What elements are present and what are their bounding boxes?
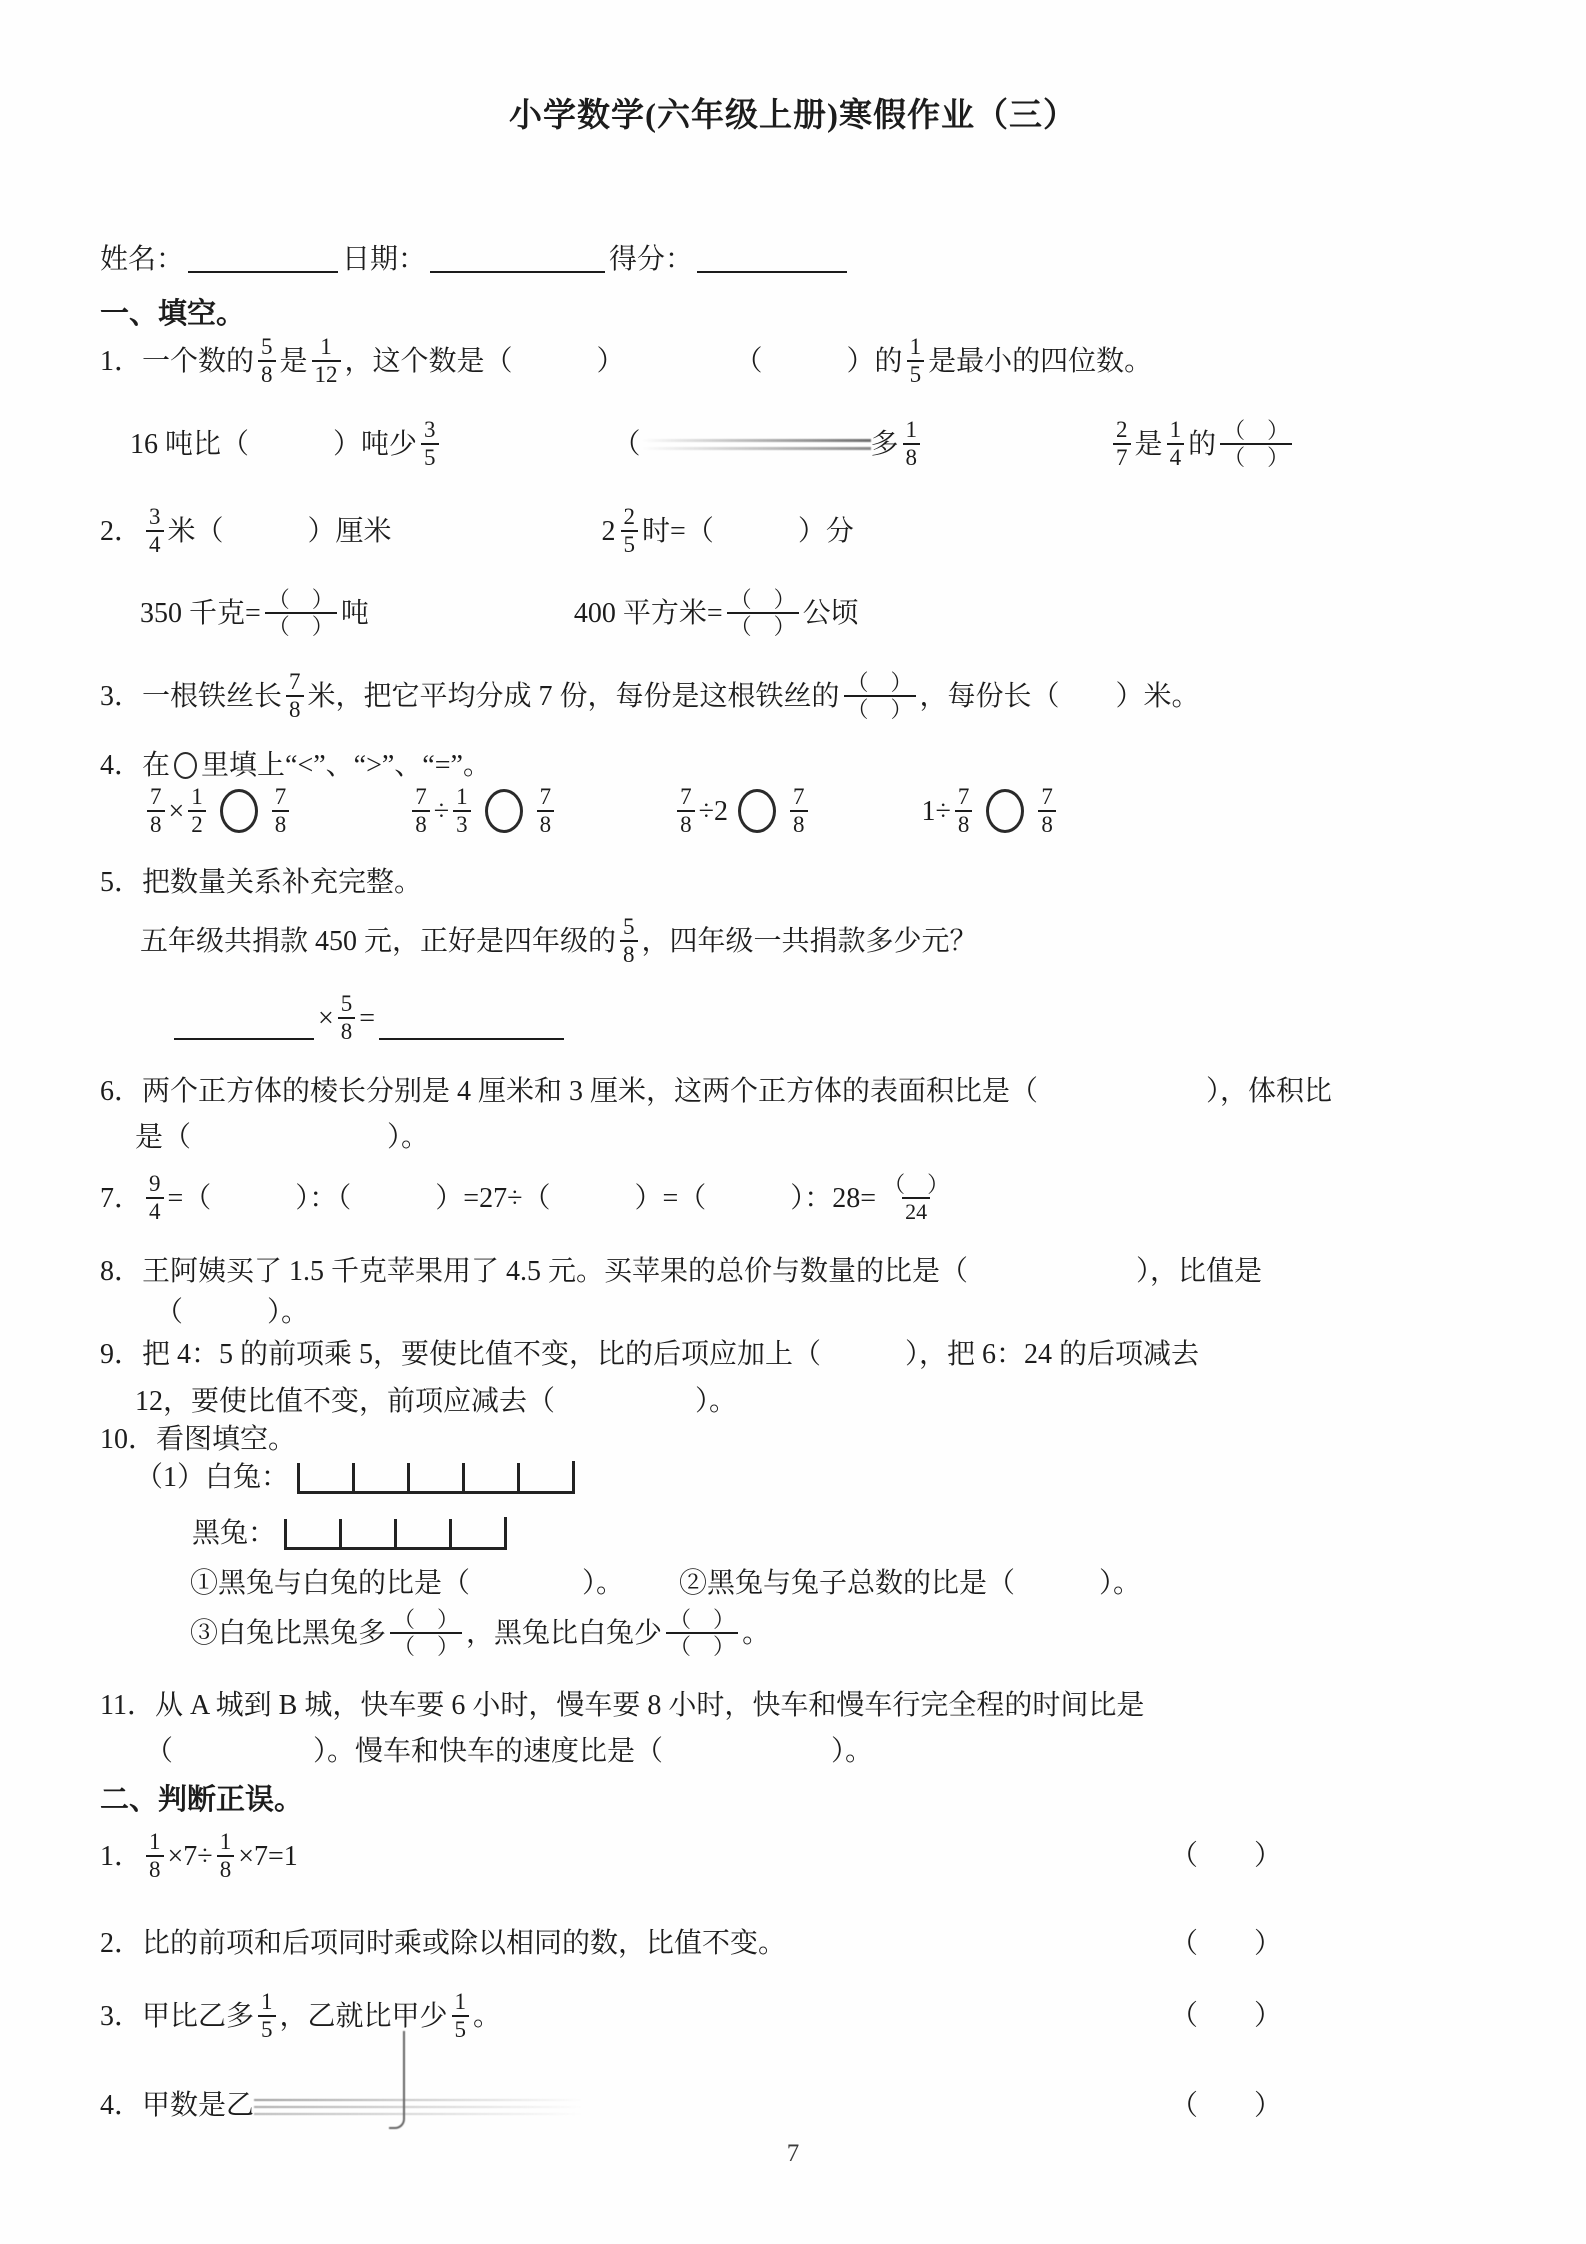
- text-run: 是最小的四位数。: [928, 344, 1152, 379]
- text-run: ÷2: [699, 794, 728, 829]
- judge-2-answer-parens: （ ）: [1170, 1926, 1282, 1961]
- fraction: 18: [146, 1830, 164, 1882]
- text-run: 4．甲数是乙: [100, 2088, 254, 2123]
- fraction: （ ）（ ）: [390, 1608, 462, 1658]
- text-run: ÷: [434, 794, 449, 829]
- text-run: 4．在: [100, 748, 170, 783]
- text-run: 16 吨比（ ）吨少: [130, 427, 417, 462]
- text-run: 3．甲比乙多: [100, 1999, 254, 2034]
- smudged-area: [254, 2093, 584, 2119]
- spacer: [293, 811, 408, 812]
- text-run: 是: [280, 344, 308, 379]
- text-run: ×7=1: [238, 1839, 298, 1874]
- fraction: 58: [338, 992, 356, 1044]
- fraction: 78: [677, 785, 695, 837]
- write-in-blank: [379, 1008, 564, 1040]
- question-4-prompt: 4．在里填上“<”、“>”、“=”。: [100, 748, 491, 783]
- question-11-line-1: 11．从 A 城到 B 城，快车要 6 小时，慢车要 8 小时，快车和慢车行完全…: [100, 1688, 1144, 1723]
- question-11-line-2: （ ）。慢车和快车的速度比是（ ）。: [145, 1734, 873, 1769]
- text-run: 9．把 4：5 的前项乘 5，要使比值不变，比的后项应加上（ ），把 6：24 …: [100, 1337, 1199, 1372]
- text-run: 吨: [341, 596, 369, 631]
- text-run: 里填上“<”、“>”、“=”。: [201, 748, 491, 783]
- text-run: （ ）。: [155, 1295, 309, 1330]
- fraction: （ ）24: [880, 1173, 952, 1223]
- text-run: 8．王阿姨买了 1.5 千克苹果用了 4.5 元。买苹果的总价与数量的比是（ ）…: [100, 1254, 1262, 1289]
- fraction: 25: [621, 505, 639, 557]
- text-run: 6．两个正方体的棱长分别是 4 厘米和 3 厘米，这两个正方体的表面积比是（ ）…: [100, 1074, 1332, 1109]
- comparison-circle-blank: [986, 789, 1024, 833]
- judge-1-answer-parens: （ ）: [1170, 1839, 1282, 1874]
- fraction: （ ）（ ）: [666, 1608, 738, 1658]
- question-2-line-1: 2．34米（ ）厘米225时=（ ）分: [100, 505, 854, 557]
- worksheet-page: 小学数学(六年级上册)寒假作业（三） 姓名：日期：得分： 一、填空。 1．一个数…: [0, 0, 1586, 2244]
- question-10-white-rabbit-bar: （1）白兔：: [135, 1460, 575, 1495]
- tape-diagram-bar: [297, 1461, 575, 1494]
- text-run: （ ）。慢车和快车的速度比是（ ）。: [145, 1734, 873, 1769]
- fraction: 78: [1038, 785, 1056, 837]
- fraction: 78: [286, 670, 304, 722]
- fraction: 15: [258, 1990, 276, 2042]
- write-in-blank: [174, 1008, 314, 1040]
- text-run: 黑兔：: [192, 1516, 276, 1551]
- question-5-prompt: 5．把数量关系补充完整。: [100, 865, 422, 900]
- text-run: 是: [1135, 427, 1163, 462]
- text-run: ，四年级一共捐款多少元？: [642, 924, 978, 959]
- fraction: 15: [452, 1990, 470, 2042]
- fraction: 78: [147, 785, 165, 837]
- spacer: [558, 811, 673, 812]
- text-run: （ ）的: [735, 344, 903, 379]
- judge-3-answer-parens: （ ）: [1170, 1999, 1282, 2034]
- spacer: [392, 531, 602, 532]
- fraction: 112: [312, 335, 341, 387]
- spacer: [443, 444, 613, 445]
- question-5-equation: ×58=: [170, 992, 568, 1044]
- text-run: ，乙就比甲少: [280, 1999, 448, 2034]
- question-7-line: 7．94=（ ）：（ ）=27÷（ ）=（ ）：28=（ ）24: [100, 1172, 956, 1224]
- text-run: ×: [169, 794, 185, 829]
- question-5-text: 五年级共捐款 450 元，正好是四年级的58，四年级一共捐款多少元？: [140, 915, 978, 967]
- text-run: （: [613, 427, 641, 462]
- text-run: 400 平方米=: [574, 596, 723, 631]
- text-run: ，这个数是（ ）: [345, 344, 625, 379]
- text-run: 时=（ ）分: [642, 514, 854, 549]
- section-2-heading: 二、判断正误。: [100, 1782, 303, 1818]
- text-run: 10．看图填空。: [100, 1422, 296, 1457]
- fraction: 18: [903, 418, 921, 470]
- write-in-blank: [430, 241, 605, 273]
- text-run: =: [359, 1001, 375, 1036]
- question-2-line-2: 350 千克=（ ）（ ）吨400 平方米=（ ）（ ）公顷: [140, 588, 859, 638]
- text-run: 公顷: [803, 596, 859, 631]
- comparison-circle-blank: [485, 789, 523, 833]
- fraction: 58: [620, 915, 638, 967]
- text-run: 日期：: [342, 242, 426, 277]
- text-run: ③白兔比黑兔多: [190, 1616, 386, 1651]
- fraction: 18: [217, 1830, 235, 1882]
- text-run: 米，把它平均分成 7 份，每份是这根铁丝的: [308, 679, 840, 714]
- judge-question-1: （ ） 1．18×7÷18×7=1: [100, 1830, 1450, 1882]
- text-run: ①黑兔与白兔的比是（ ）。: [190, 1566, 624, 1601]
- question-9-line-1: 9．把 4：5 的前项乘 5，要使比值不变，比的后项应加上（ ），把 6：24 …: [100, 1337, 1199, 1372]
- judge-question-2: （ ） 2．比的前项和后项同时乘或除以相同的数，比值不变。: [100, 1926, 1450, 1961]
- fraction: （ ）（ ）: [265, 588, 337, 638]
- text-run: 。: [742, 1616, 770, 1651]
- question-10-prompt: 10．看图填空。: [100, 1422, 296, 1457]
- fraction: （ ）（ ）: [727, 588, 799, 638]
- fraction: 58: [258, 335, 276, 387]
- question-8-line-1: 8．王阿姨买了 1.5 千克苹果用了 4.5 元。买苹果的总价与数量的比是（ ）…: [100, 1254, 1262, 1289]
- fraction: 34: [146, 505, 164, 557]
- fraction: 78: [537, 785, 555, 837]
- question-6-line-2: 是（ ）。: [135, 1120, 429, 1155]
- fraction: 78: [790, 785, 808, 837]
- question-1-line-1: 1．一个数的58是112，这个数是（ ）（ ）的15是最小的四位数。: [100, 335, 1152, 387]
- judge-4-answer-parens: （ ）: [1170, 2088, 1282, 2123]
- question-10-sub-3: ③白兔比黑兔多（ ）（ ），黑兔比白兔少（ ）（ ）。: [190, 1608, 770, 1658]
- question-6-line-1: 6．两个正方体的棱长分别是 4 厘米和 3 厘米，这两个正方体的表面积比是（ ）…: [100, 1074, 1332, 1109]
- text-run: 是（ ）。: [135, 1120, 429, 1155]
- question-9-line-2: 12，要使比值不变，前项应减去（ ）。: [135, 1384, 737, 1419]
- section-1-heading: 一、填空。: [100, 296, 245, 332]
- fraction: 27: [1113, 418, 1131, 470]
- smudged-area: [641, 432, 871, 456]
- comparison-circle-blank: [738, 789, 776, 833]
- text-run: 五年级共捐款 450 元，正好是四年级的: [140, 924, 616, 959]
- tape-diagram-bar: [284, 1517, 507, 1550]
- text-run: （1）白兔：: [135, 1460, 289, 1495]
- text-run: 7．: [100, 1181, 142, 1216]
- spacer: [369, 613, 574, 614]
- text-run: 2．: [100, 514, 142, 549]
- judge-question-4: （ ） 4．甲数是乙: [100, 2088, 1450, 2123]
- comparison-circle-blank: [174, 752, 197, 779]
- text-run: 得分：: [609, 242, 693, 277]
- page-number: 7: [0, 2138, 1586, 2169]
- spacer: [812, 811, 922, 812]
- question-4-comparisons: 78×127878÷137878÷2781÷7878: [143, 785, 1060, 837]
- fraction: （ ）（ ）: [1220, 419, 1292, 469]
- text-run: 多: [871, 427, 899, 462]
- mixed-number: 225: [602, 505, 643, 557]
- fraction: 78: [272, 785, 290, 837]
- text-run: 5．把数量关系补充完整。: [100, 865, 422, 900]
- text-run: 1．一个数的: [100, 344, 254, 379]
- question-3-line: 3．一根铁丝长78米，把它平均分成 7 份，每份是这根铁丝的（ ）（ ），每份长…: [100, 670, 1200, 722]
- text-run: 米（ ）厘米: [168, 514, 392, 549]
- spacer: [624, 1583, 679, 1584]
- text-run: 。: [473, 1999, 501, 2034]
- text-run: 11．从 A 城到 B 城，快车要 6 小时，慢车要 8 小时，快车和慢车行完全…: [100, 1688, 1144, 1723]
- write-in-blank: [188, 241, 338, 273]
- fraction: 15: [907, 335, 925, 387]
- fraction: 78: [955, 785, 973, 837]
- write-in-blank: [697, 241, 847, 273]
- fraction: 35: [421, 418, 439, 470]
- text-run: 3．一根铁丝长: [100, 679, 282, 714]
- fraction: 14: [1167, 418, 1185, 470]
- fraction: （ ）（ ）: [844, 671, 916, 721]
- page-title: 小学数学(六年级上册)寒假作业（三）: [0, 96, 1586, 137]
- question-1-line-2: 16 吨比（ ）吨少35（多1827是14的（ ）（ ）: [130, 418, 1296, 470]
- fraction: 94: [146, 1172, 164, 1224]
- text-run: ×7÷: [168, 1839, 213, 1874]
- text-run: 1÷: [922, 794, 951, 829]
- question-10-black-rabbit-bar: 黑兔：: [192, 1516, 507, 1551]
- question-10-sub-1-2: ①黑兔与白兔的比是（ ）。②黑兔与兔子总数的比是（ ）。: [190, 1566, 1141, 1601]
- judge-question-3: （ ） 3．甲比乙多15，乙就比甲少15。: [100, 1990, 1450, 2042]
- text-run: 姓名：: [100, 242, 184, 277]
- text-run: 1．: [100, 1839, 142, 1874]
- text-run: ，黑兔比白兔少: [466, 1616, 662, 1651]
- text-run: =（ ）：（ ）=27÷（ ）=（ ）：28=: [168, 1181, 877, 1216]
- text-run: 2．比的前项和后项同时乘或除以相同的数，比值不变。: [100, 1926, 786, 1961]
- fraction: 13: [453, 785, 471, 837]
- spacer: [625, 361, 735, 362]
- comparison-circle-blank: [220, 789, 258, 833]
- text-run: ×: [318, 1001, 334, 1036]
- name-date-score-line: 姓名：日期：得分：: [100, 241, 851, 277]
- fraction: 12: [188, 785, 206, 837]
- text-run: 12，要使比值不变，前项应减去（ ）。: [135, 1384, 737, 1419]
- text-run: ②黑兔与兔子总数的比是（ ）。: [679, 1566, 1141, 1601]
- spacer: [924, 444, 1109, 445]
- text-run: ，每份长（ ）米。: [920, 679, 1200, 714]
- text-run: 350 千克=: [140, 596, 261, 631]
- text-run: 的: [1188, 427, 1216, 462]
- fraction: 78: [412, 785, 430, 837]
- question-8-line-2: （ ）。: [155, 1295, 309, 1330]
